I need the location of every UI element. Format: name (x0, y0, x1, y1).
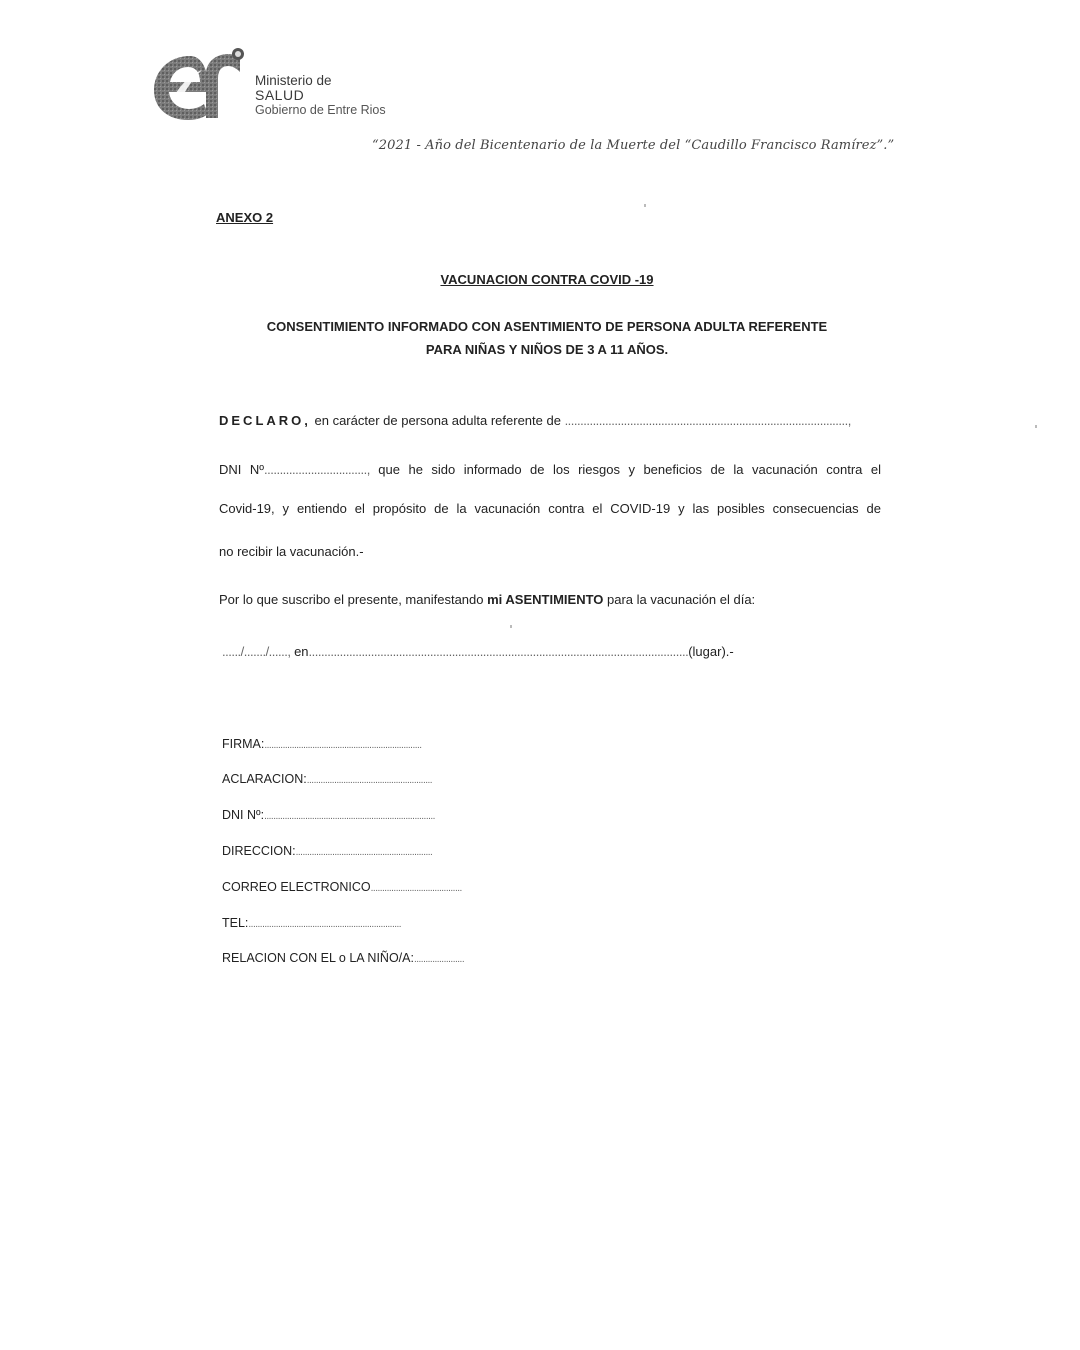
dni-text: que he sido informado de los riesgos y b… (370, 462, 881, 477)
ministry-line-1: Ministerio de (255, 73, 386, 88)
dni-field[interactable]: ................................., (264, 462, 370, 477)
year-motto: “2021 - Año del Bicentenario de la Muert… (372, 138, 932, 153)
er-logo-icon (150, 44, 250, 124)
relationship-blank[interactable]: ...................... (414, 954, 464, 965)
ministry-line-2: SALUD (255, 88, 386, 103)
subtitle-line-2: PARA NIÑAS Y NIÑOS DE 3 A 11 AÑOS. (0, 338, 1080, 361)
scan-speck (1035, 425, 1037, 428)
referent-of-field[interactable]: ........................................… (565, 413, 851, 428)
ministry-line-3: Gobierno de Entre Rios (255, 103, 386, 118)
document-title: VACUNACION CONTRA COVID -19 (0, 272, 1080, 287)
dni-line: DNI Nº.................................,… (219, 462, 881, 477)
clarification-blank[interactable]: ........................................… (307, 775, 432, 786)
assent-line: Por lo que suscribo el presente, manifes… (219, 592, 755, 607)
assent-bold: mi ASENTIMIENTO (487, 592, 603, 607)
assent-prefix: Por lo que suscribo el presente, manifes… (219, 592, 487, 607)
place-suffix: (lugar).- (688, 644, 734, 659)
signature-field[interactable]: FIRMA:..................................… (222, 737, 422, 751)
email-blank[interactable]: ........................................ (371, 883, 462, 894)
scan-speck (510, 625, 512, 628)
phone-field[interactable]: TEL:....................................… (222, 916, 401, 930)
relationship-field[interactable]: RELACION CON EL o LA NIÑO/A:............… (222, 951, 464, 965)
phone-blank[interactable]: ........................................… (248, 919, 401, 930)
address-field[interactable]: DIRECCION:..............................… (222, 844, 432, 858)
assent-suffix: para la vacunación el día: (603, 592, 755, 607)
signature-blank[interactable]: ........................................… (264, 740, 421, 751)
ministry-name: Ministerio de SALUD Gobierno de Entre Ri… (255, 73, 386, 118)
clarification-label: ACLARACION: (222, 772, 307, 786)
declaro-word: DECLARO, (219, 413, 311, 428)
annex-label: ANEXO 2 (216, 210, 273, 225)
scan-speck (644, 204, 646, 207)
place-prefix: en (290, 644, 308, 659)
consequence-line: no recibir la vacunación.- (219, 544, 364, 559)
date-field[interactable]: ....../......./......, (222, 644, 290, 659)
signer-dni-label: DNI Nº: (222, 808, 264, 822)
address-label: DIRECCION: (222, 844, 296, 858)
phone-label: TEL: (222, 916, 248, 930)
relationship-label: RELACION CON EL o LA NIÑO/A: (222, 951, 414, 965)
document-subtitle: CONSENTIMIENTO INFORMADO CON ASENTIMIENT… (0, 315, 1080, 361)
dni-label: DNI Nº (219, 462, 264, 477)
email-field[interactable]: CORREO ELECTRONICO......................… (222, 880, 462, 894)
signature-label: FIRMA: (222, 737, 264, 751)
purpose-line: Covid-19, y entiendo el propósito de la … (219, 501, 881, 516)
signer-dni-blank[interactable]: ........................................… (264, 811, 435, 822)
signer-dni-field[interactable]: DNI Nº:.................................… (222, 808, 435, 822)
subtitle-line-1: CONSENTIMIENTO INFORMADO CON ASENTIMIENT… (0, 315, 1080, 338)
clarification-field[interactable]: ACLARACION:.............................… (222, 772, 432, 786)
address-blank[interactable]: ........................................… (296, 847, 433, 858)
email-label: CORREO ELECTRONICO (222, 880, 371, 894)
date-place-line: ....../......./......, en...............… (222, 644, 734, 659)
declaro-text: en carácter de persona adulta referente … (311, 413, 565, 428)
place-field[interactable]: ........................................… (309, 644, 689, 659)
declaration-line: DECLARO, en carácter de persona adulta r… (219, 413, 851, 428)
